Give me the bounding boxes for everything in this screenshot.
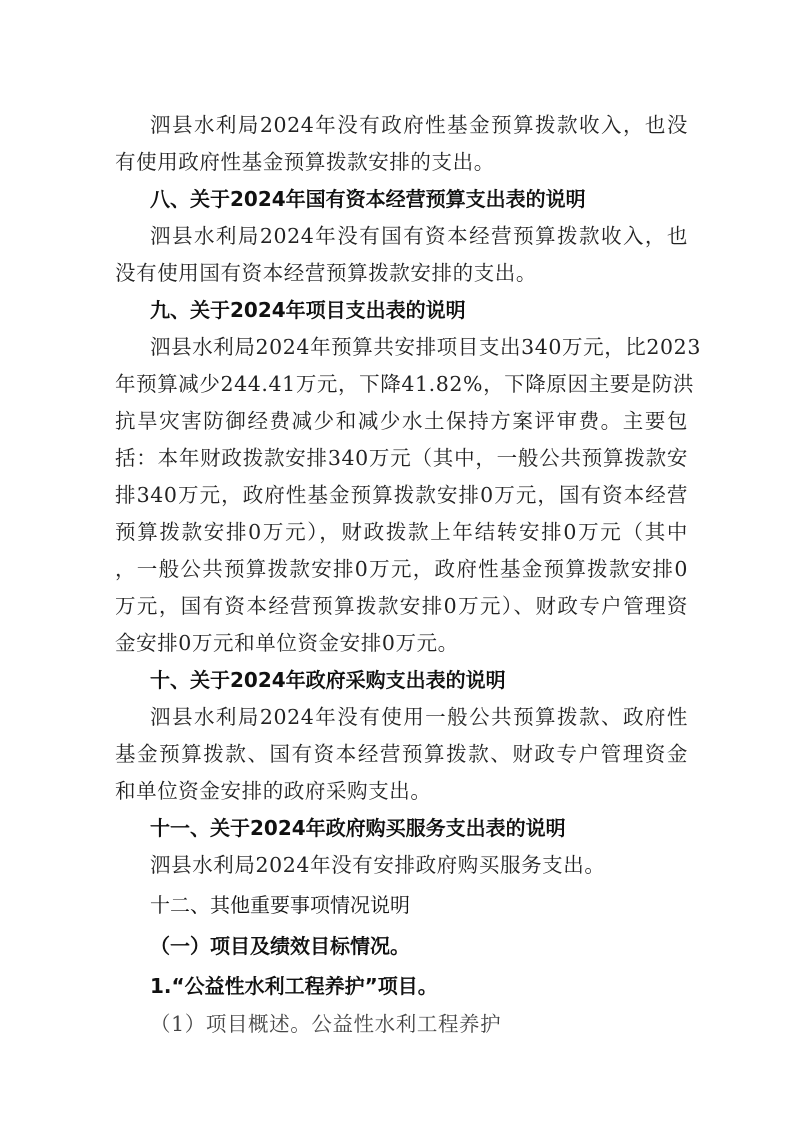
section-heading-12: 十二、其他重要事项情况说明 [150,893,410,917]
paragraph-line: 泗县水利局2024年预算共安排项目支出340万元，比2023 [150,335,688,359]
paragraph-line: 万元，国有资本经营预算拨款安排0万元）、财政专户管理资 [115,594,688,618]
subsection-heading: （一）项目及绩效目标情况。 [150,934,410,958]
paragraph-line: 泗县水利局2024年没有使用一般公共预算拨款、政府性 [150,705,688,729]
project-heading: 1.“公益性水利工程养护”项目。 [150,974,438,998]
section-heading-11: 十一、关于2024年政府购买服务支出表的说明 [150,816,566,840]
section-heading-8: 八、关于2024年国有资本经营预算支出表的说明 [150,187,586,211]
section-heading-10: 十、关于2024年政府采购支出表的说明 [150,668,506,692]
paragraph-line: ，一般公共预算拨款安排0万元，政府性基金预算拨款安排0 [115,557,688,581]
paragraph-line: 预算拨款安排0万元），财政拨款上年结转安排0万元（其中 [115,520,688,544]
paragraph-line: 括：本年财政拨款安排340万元（其中，一般公共预算拨款安 [115,446,688,470]
paragraph-line: 泗县水利局2024年没有政府性基金预算拨款收入，也没 [150,113,688,137]
paragraph-line: 年预算减少244.41万元，下降41.82%，下降原因主要是防洪 [115,372,688,396]
paragraph-line: 泗县水利局2024年没有国有资本经营预算拨款收入，也 [150,224,688,248]
paragraph-line: 排340万元，政府性基金预算拨款安排0万元，国有资本经营 [115,483,688,507]
paragraph-line: 泗县水利局2024年没有安排政府购买服务支出。 [150,853,605,877]
paragraph-line: 没有使用国有资本经营预算拨款安排的支出。 [115,261,537,285]
paragraph-line: 抗旱灾害防御经费减少和减少水土保持方案评审费。主要包 [115,409,688,433]
paragraph-line: 金安排0万元和单位资金安排0万元。 [115,631,459,655]
paragraph-line: 基金预算拨款、国有资本经营预算拨款、财政专户管理资金 [115,742,688,766]
paragraph-line: 和单位资金安排的政府采购支出。 [115,779,432,803]
section-heading-9: 九、关于2024年项目支出表的说明 [150,298,466,322]
document-page: 泗县水利局2024年没有政府性基金预算拨款收入，也没 有使用政府性基金预算拨款安… [0,0,793,1122]
paragraph-line: 有使用政府性基金预算拨款安排的支出。 [115,150,495,174]
paragraph-line: （1）项目概述。公益性水利工程养护 [150,1012,501,1036]
